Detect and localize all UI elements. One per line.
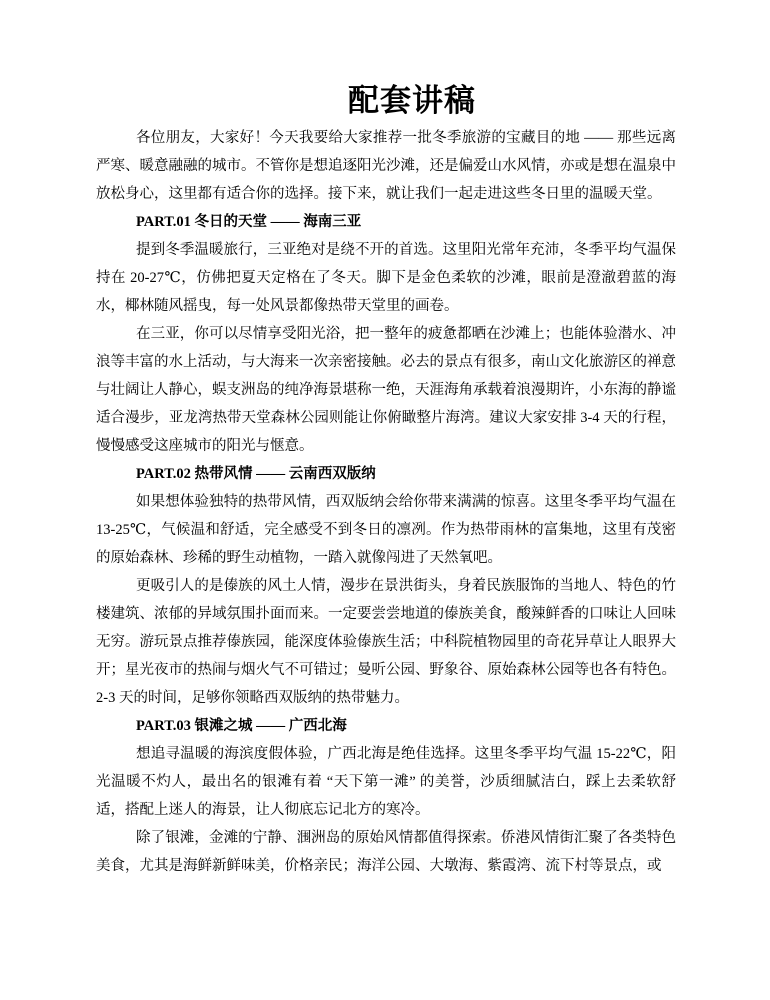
part-02-paragraph-1: 如果想体验独特的热带风情，西双版纳会给你带来满满的惊喜。这里冬季平均气温在 13… [96, 488, 676, 572]
document-page: 配套讲稿 各位朋友，大家好！今天我要给大家推荐一批冬季旅游的宝藏目的地 —— 那… [0, 0, 770, 1000]
section-heading-part-02: PART.02 热带风情 —— 云南西双版纳 [96, 460, 676, 488]
part-02-paragraph-2: 更吸引人的是傣族的风土人情，漫步在景洪街头，身着民族服饰的当地人、特色的竹楼建筑… [96, 572, 676, 712]
section-heading-part-01: PART.01 冬日的天堂 —— 海南三亚 [96, 208, 676, 236]
part-01-paragraph-1: 提到冬季温暖旅行，三亚绝对是绕不开的首选。这里阳光常年充沛，冬季平均气温保持在 … [96, 236, 676, 320]
intro-paragraph: 各位朋友，大家好！今天我要给大家推荐一批冬季旅游的宝藏目的地 —— 那些远离严寒… [96, 124, 676, 208]
section-heading-part-03: PART.03 银滩之城 —— 广西北海 [96, 712, 676, 740]
part-01-paragraph-2: 在三亚，你可以尽情享受阳光浴，把一整年的疲惫都晒在沙滩上；也能体验潜水、冲浪等丰… [96, 320, 676, 460]
part-03-paragraph-2-truncated: 除了银滩，金滩的宁静、涠洲岛的原始风情都值得探索。侨港风情街汇聚了各类特色美食，… [96, 824, 676, 880]
part-03-paragraph-1: 想追寻温暖的海滨度假体验，广西北海是绝佳选择。这里冬季平均气温 15-22℃，阳… [96, 740, 676, 824]
document-title: 配套讲稿 [96, 78, 676, 124]
